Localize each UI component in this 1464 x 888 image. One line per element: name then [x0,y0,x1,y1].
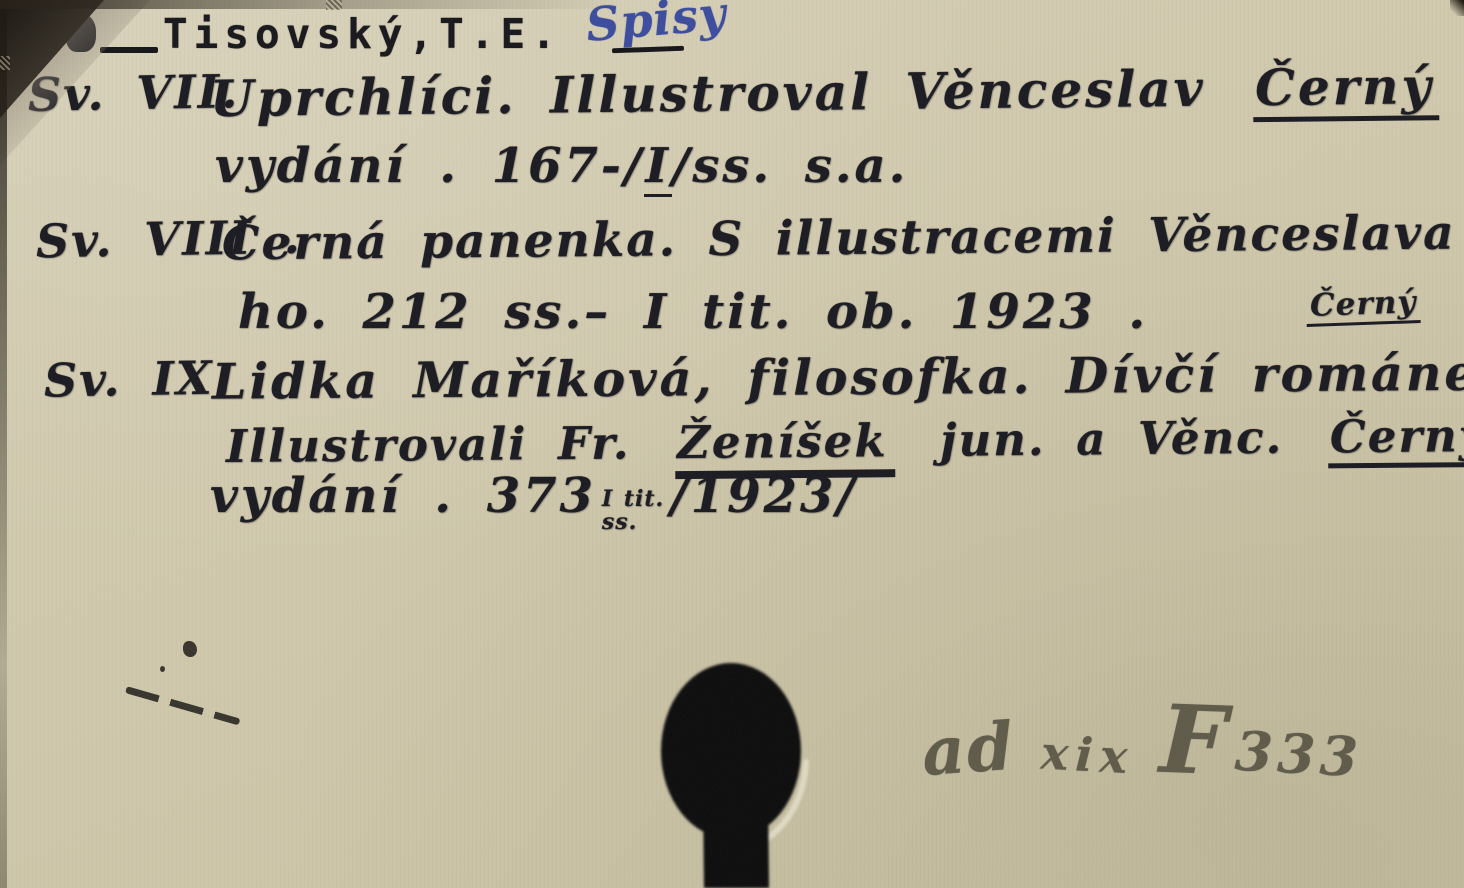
scan-edge-left [0,0,7,888]
scan-edge-top [0,0,620,9]
scanned-catalog-card: Tisovský,T.E. Spisy Sv. VII. Uprchlíci. … [0,0,1464,888]
scan-artifact [326,0,342,10]
scan-corner-topright [1450,0,1464,16]
scan-artifact [0,56,10,70]
punch-hole [0,0,1464,888]
